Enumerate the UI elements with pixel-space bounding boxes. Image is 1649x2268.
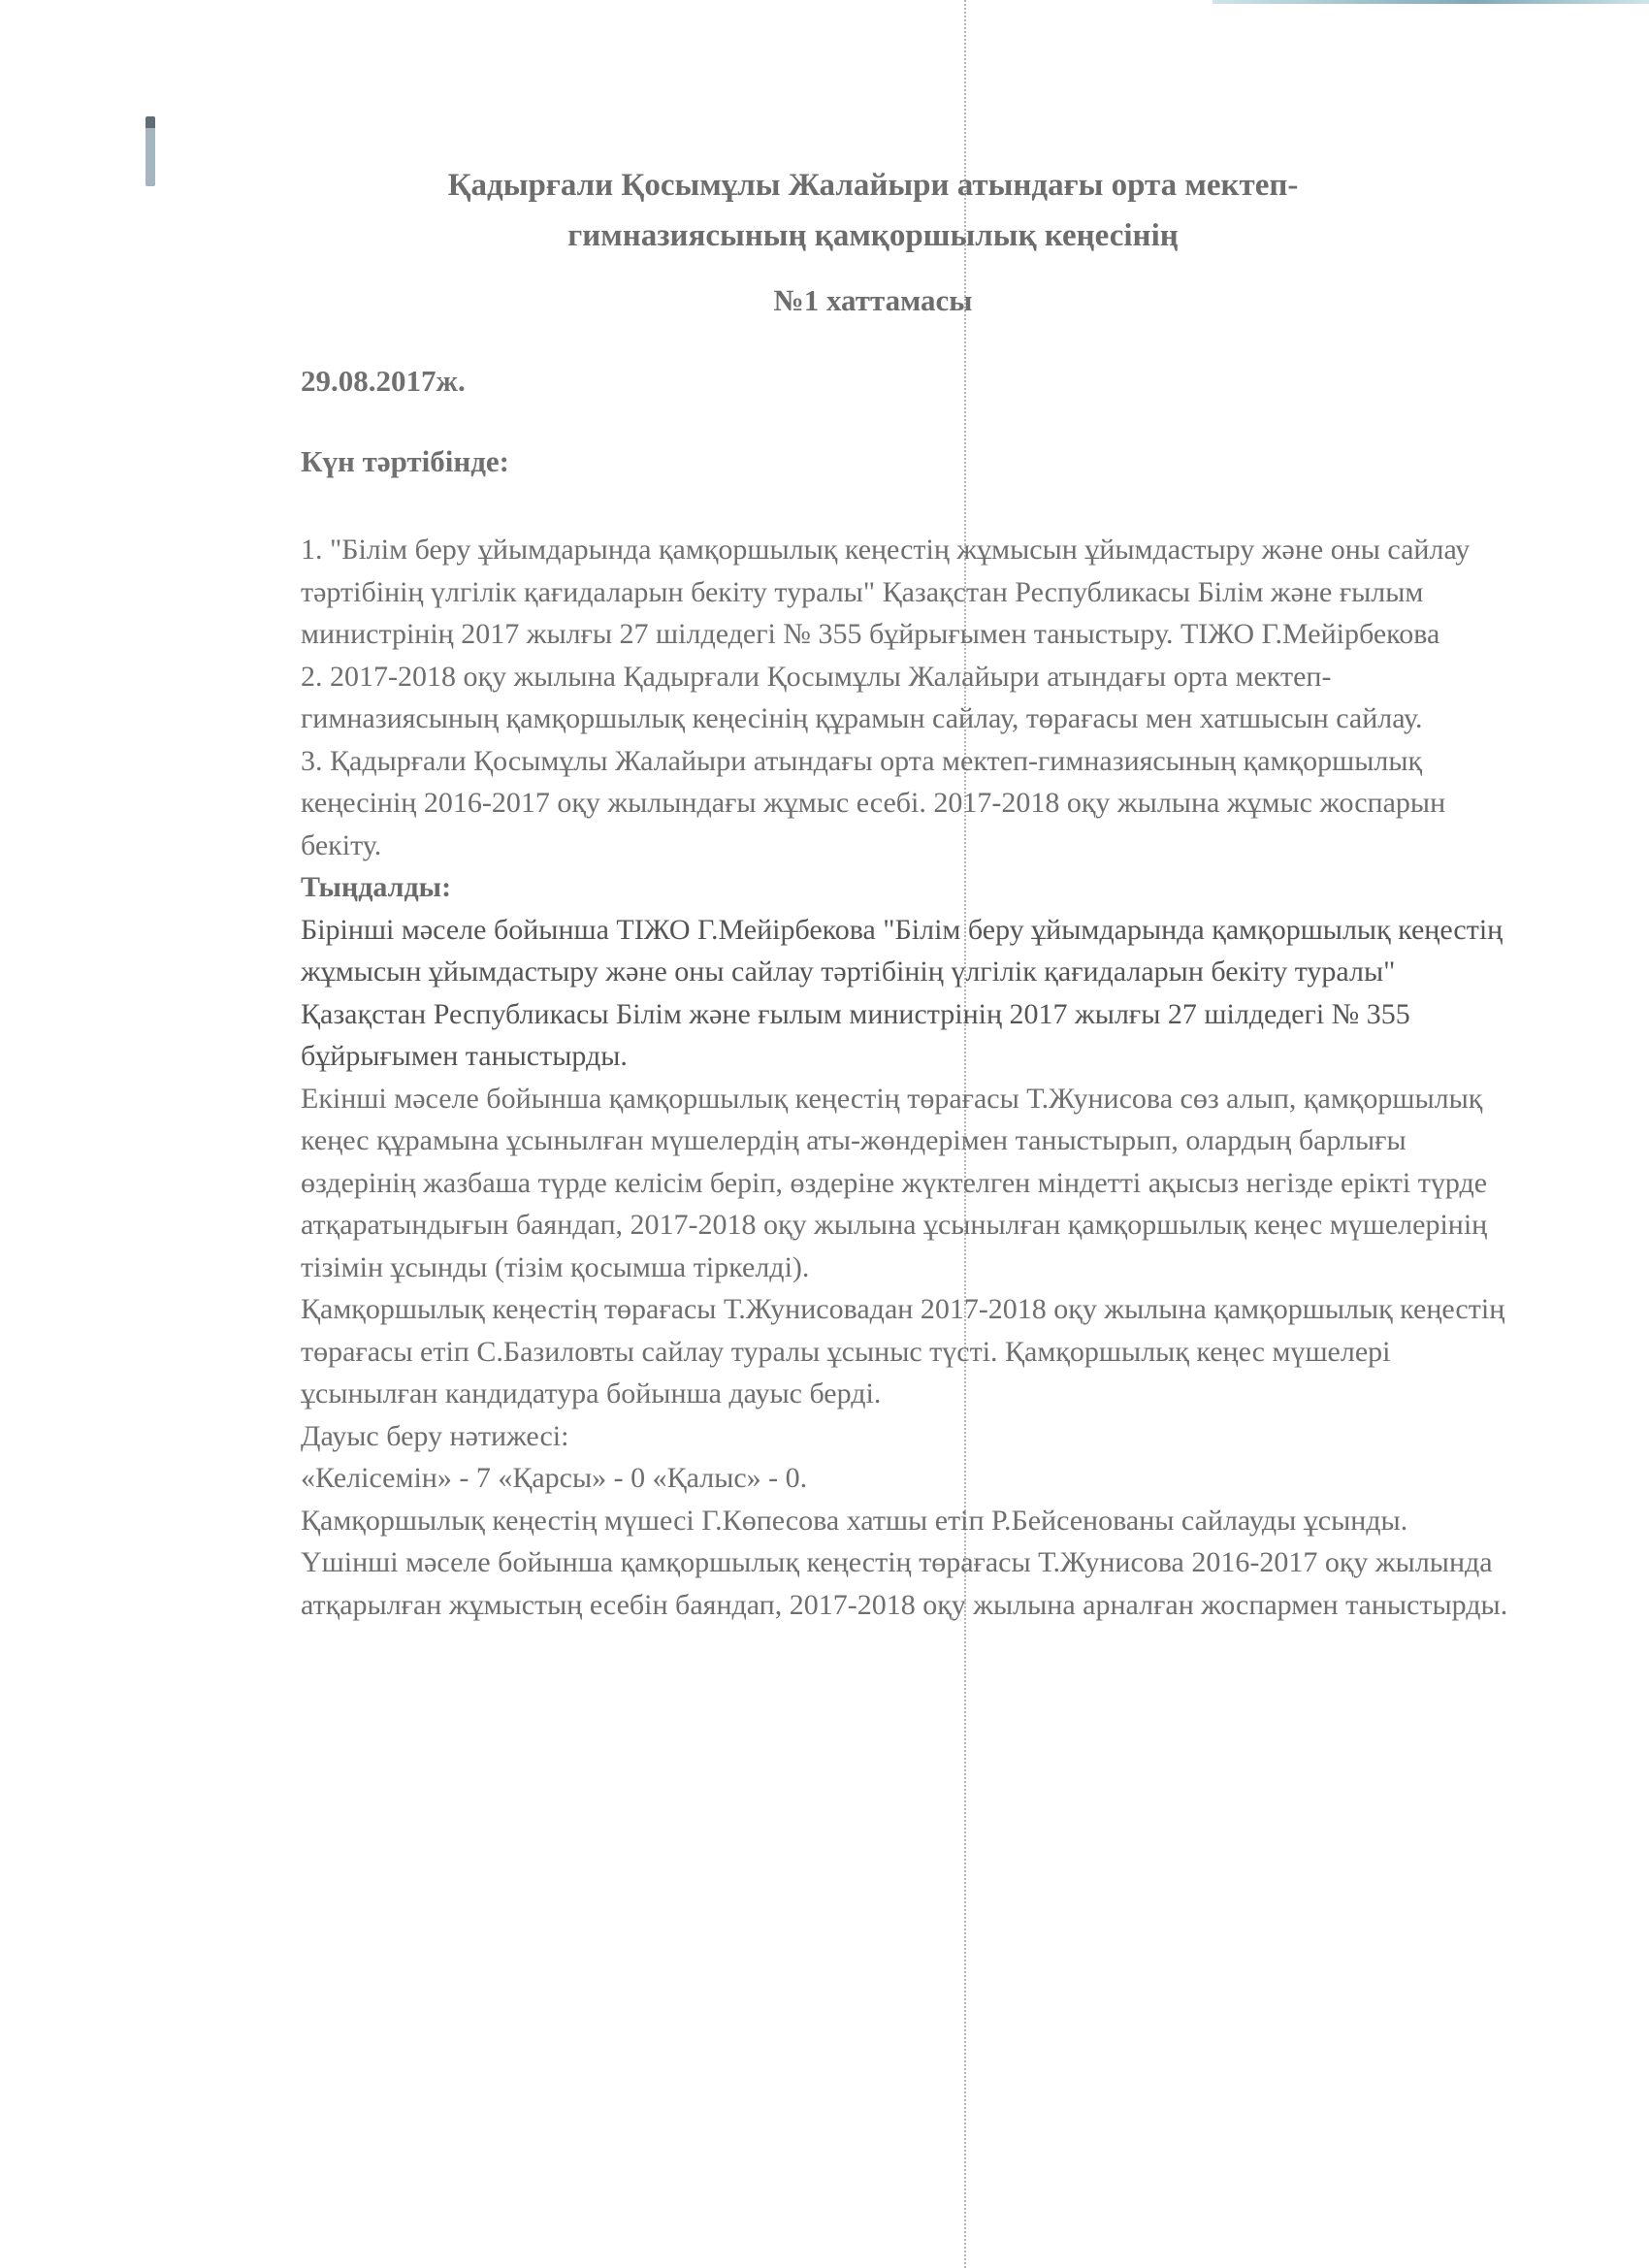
document-header: Қадырғали Қосымұлы Жалайыри атындағы орт… bbox=[291, 160, 1455, 261]
protocol-number: №1 хаттамасы bbox=[291, 283, 1455, 318]
vote-result-label: Дауыс беру нәтижесі: bbox=[301, 1415, 1513, 1458]
listened-paragraph-secretary: Қамқоршылық кеңестің мүшесі Г.Көпесова х… bbox=[301, 1500, 1513, 1542]
listened-paragraph-1: Бірінші мәселе бойынша ТІЖО Г.Мейірбеков… bbox=[301, 909, 1513, 1078]
listened-paragraph-2: Екінші мәселе бойынша қамқоршылық кеңест… bbox=[301, 1078, 1513, 1289]
agenda-item-3: 3. Қадырғали Қосымұлы Жалайыри атындағы … bbox=[301, 740, 1513, 867]
scan-artifact-top bbox=[1212, 0, 1649, 4]
listened-paragraph-third: Үшінші мәселе бойынша қамқоршылық кеңест… bbox=[301, 1541, 1513, 1626]
listened-paragraph-3: Қамқоршылық кеңестің төрағасы Т.Жунисова… bbox=[301, 1288, 1513, 1415]
header-line-2: гимназиясының қамқоршылық кеңесінің bbox=[291, 211, 1455, 261]
agenda-item-1: 1. "Білім беру ұйымдарында қамқоршылық к… bbox=[301, 529, 1513, 656]
page-number-mark bbox=[145, 116, 155, 186]
agenda-item-2: 2. 2017-2018 оқу жылына Қадырғали Қосымұ… bbox=[301, 656, 1513, 740]
vote-result-values: «Келісемін» - 7 «Қарсы» - 0 «Қалыс» - 0. bbox=[301, 1457, 1513, 1500]
document-body: 1. "Білім беру ұйымдарында қамқоршылық к… bbox=[301, 529, 1513, 1626]
document-date: 29.08.2017ж. bbox=[301, 364, 466, 399]
agenda-heading: Күн тәртібінде: bbox=[301, 444, 509, 479]
header-line-1: Қадырғали Қосымұлы Жалайыри атындағы орт… bbox=[291, 160, 1455, 211]
listened-heading: Тыңдалды: bbox=[301, 866, 1513, 909]
